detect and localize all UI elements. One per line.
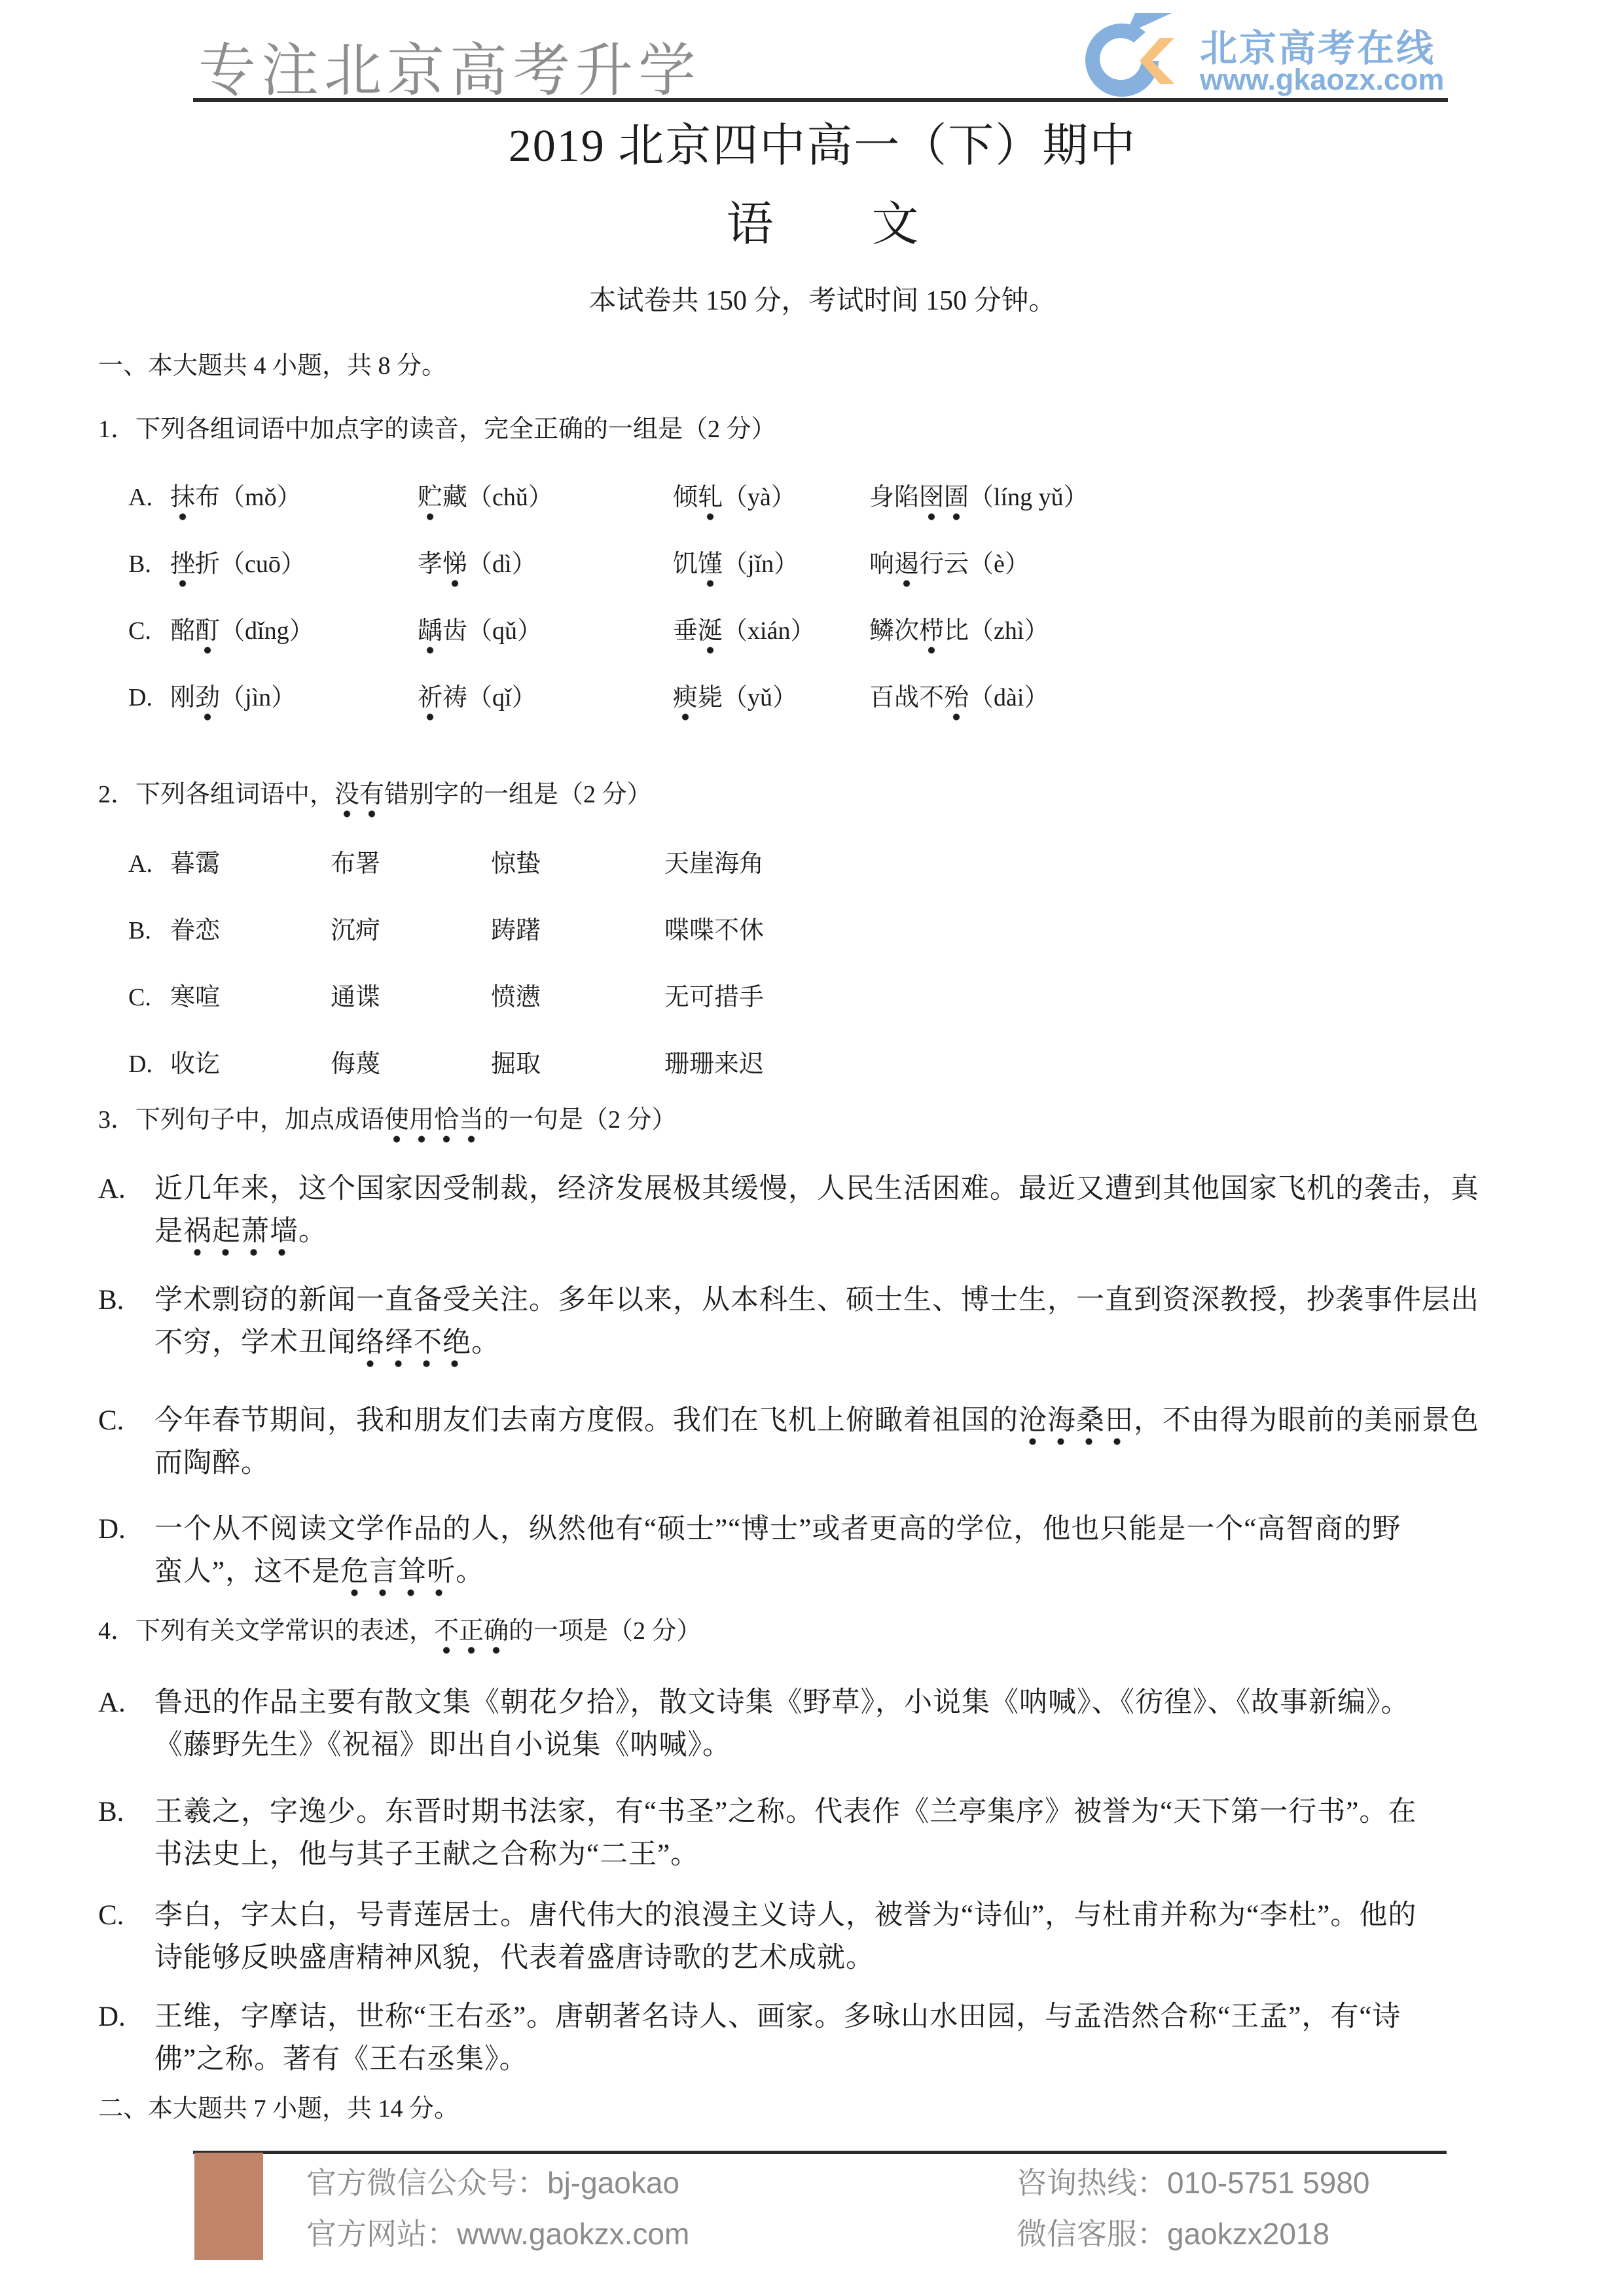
q3-stem: 3．下列句子中，加点成语使用恰当的一句是（2 分） bbox=[98, 1105, 1547, 1135]
option-text-line: 学术剽窃的新闻一直备受关注。多年以来，从本科生、硕士生、博士生，一直到资深教授，… bbox=[154, 1285, 1479, 1316]
word-item: 寒喧 bbox=[170, 982, 331, 1013]
option-label: C. bbox=[98, 1894, 154, 1937]
option-text-line: 李白，字太白，号青莲居士。唐代伟大的浪漫主义诗人，被誉为“诗仙”，与杜甫并称为“… bbox=[154, 1900, 1416, 1931]
q2-stem: 2．下列各组词语中，没有错别字的一组是（2 分） bbox=[98, 780, 1547, 810]
word-item: 身陷囹圄（líng yǔ） bbox=[869, 482, 1089, 512]
option-label: C. bbox=[128, 616, 170, 646]
q1-stem: 1．下列各组词语中加点字的读音，完全正确的一组是（2 分） bbox=[98, 414, 1547, 444]
option-text-line: 蛮人”，这不是危言耸听。 bbox=[154, 1556, 484, 1597]
header-divider bbox=[193, 98, 1448, 102]
footer-accent-square bbox=[194, 2153, 263, 2260]
word-item: 眷恋 bbox=[170, 916, 331, 946]
q1-row-d: D. 刚劲（jìn） 祈祷（qǐ） 瘐毙（yǔ） 百战不殆（dài） bbox=[128, 683, 1547, 713]
paper-title: 2019 北京四中高一（下）期中 bbox=[98, 117, 1547, 177]
option-text-line: 佛”之称。著有《王右丞集》。 bbox=[154, 2044, 528, 2075]
word-item: 刚劲（jìn） bbox=[170, 683, 418, 713]
option-label: D. bbox=[98, 1508, 154, 1551]
logo-site-text: www.gkaozx.com bbox=[1200, 63, 1444, 97]
header-slogan: 专注北京高考升学 bbox=[198, 25, 701, 107]
word-item: 抹布（mǒ） bbox=[170, 482, 418, 512]
option-text-line: 一个从不阅读文学作品的人，纵然他有“硕士”“博士”或者更高的学位，他也只能是一个… bbox=[154, 1514, 1401, 1545]
q4-option-c: C.李白，字太白，号青莲居士。唐代伟大的浪漫主义诗人，被誉为“诗仙”，与杜甫并称… bbox=[98, 1894, 1547, 1979]
q1-row-a: A. 抹布（mǒ） 贮藏（chǔ） 倾轧（yà） 身陷囹圄（líng yǔ） bbox=[128, 482, 1547, 512]
option-text-line: 《藤野先生》《祝福》即出自小说集《呐喊》。 bbox=[154, 1730, 731, 1761]
q2-options: A. 暮霭 布署 惊蛰 天崖海角 B. 眷恋 沉疴 踌躇 喋喋不休 C. 寒喧 … bbox=[98, 849, 1547, 1079]
footer-divider bbox=[193, 2151, 1447, 2154]
word-item: 喋喋不休 bbox=[664, 916, 764, 946]
section-two-heading: 二、本大题共 7 小题，共 14 分。 bbox=[98, 2094, 1547, 2124]
word-item: 通谍 bbox=[331, 982, 491, 1013]
option-label: A. bbox=[98, 1168, 154, 1210]
option-label: A. bbox=[98, 1681, 154, 1724]
option-label: B. bbox=[128, 549, 170, 579]
option-label: C. bbox=[128, 982, 170, 1013]
subject-char-right: 文 bbox=[872, 193, 919, 256]
footer-wechat-service: 微信客服：gaokzx2018 bbox=[1017, 2208, 1370, 2259]
word-item: 瘐毙（yǔ） bbox=[673, 683, 869, 713]
q1-row-b: B. 挫折（cuō） 孝悌（dì） 饥馑（jǐn） 响遏行云（è） bbox=[128, 549, 1547, 579]
q2-row-b: B. 眷恋 沉疴 踌躇 喋喋不休 bbox=[128, 916, 1547, 946]
option-label: A. bbox=[128, 482, 170, 512]
option-text-line: 书法史上，他与其子王献之合称为“二王”。 bbox=[154, 1839, 699, 1870]
option-text-line: 王羲之，字逸少。东晋时期书法家，有“书圣”之称。代表作《兰亭集序》被誉为“天下第… bbox=[154, 1797, 1416, 1827]
word-item: 贮藏（chǔ） bbox=[418, 482, 673, 512]
footer-left-column: 官方微信公众号：bj-gaokao 官方网站：www.gaokzx.com bbox=[306, 2157, 689, 2259]
q3-option-c: C.今年春节期间，我和朋友们去南方度假。我们在飞机上俯瞰着祖国的沧海桑田，不由得… bbox=[98, 1399, 1547, 1484]
q4-option-b: B.王羲之，字逸少。东晋时期书法家，有“书圣”之称。代表作《兰亭集序》被誉为“天… bbox=[98, 1791, 1547, 1876]
option-text-line: 诗能够反映盛唐精神风貌，代表着盛唐诗歌的艺术成就。 bbox=[154, 1943, 875, 1973]
footer-wechat-account: 官方微信公众号：bj-gaokao bbox=[306, 2157, 689, 2208]
q2-row-c: C. 寒喧 通谍 愤懑 无可措手 bbox=[128, 982, 1547, 1013]
q3-option-a: A.近几年来，这个国家因受制裁，经济发展极其缓慢，人民生活困难。最近又遭到其他国… bbox=[98, 1168, 1547, 1253]
word-item: 祈祷（qǐ） bbox=[418, 683, 673, 713]
option-text-line: 不穷，学术丑闻络绎不绝。 bbox=[154, 1327, 500, 1368]
word-item: 沉疴 bbox=[331, 916, 491, 946]
exam-content: 2019 北京四中高一（下）期中 语 文 本试卷共 150 分，考试时间 150… bbox=[0, 103, 1624, 2124]
footer-right-column: 咨询热线：010-5751 5980 微信客服：gaokzx2018 bbox=[1017, 2157, 1370, 2259]
q3-option-d: D.一个从不阅读文学作品的人，纵然他有“硕士”“博士”或者更高的学位，他也只能是… bbox=[98, 1508, 1547, 1593]
word-item: 孝悌（dì） bbox=[418, 549, 673, 579]
option-label: A. bbox=[128, 849, 170, 879]
q1-options: A. 抹布（mǒ） 贮藏（chǔ） 倾轧（yà） 身陷囹圄（líng yǔ） B… bbox=[98, 482, 1547, 713]
word-item: 无可措手 bbox=[664, 982, 764, 1013]
word-item: 踌躇 bbox=[491, 916, 664, 946]
option-label: C. bbox=[98, 1399, 154, 1442]
word-item: 布署 bbox=[331, 849, 491, 879]
option-text-line: 今年春节期间，我和朋友们去南方度假。我们在飞机上俯瞰着祖国的沧海桑田，不由得为眼… bbox=[154, 1405, 1479, 1446]
word-item: 掘取 bbox=[491, 1049, 664, 1079]
word-item: 侮蔑 bbox=[331, 1049, 491, 1079]
word-item: 百战不殆（dài） bbox=[869, 683, 1049, 713]
option-label: B. bbox=[98, 1791, 154, 1833]
option-label: B. bbox=[128, 916, 170, 946]
option-text-line: 是祸起萧墙。 bbox=[154, 1216, 327, 1257]
word-item: 暮霭 bbox=[170, 849, 331, 879]
word-item: 鳞次栉比（zhì） bbox=[869, 616, 1049, 646]
word-item: 惊蛰 bbox=[491, 849, 664, 879]
word-item: 龋齿（qǔ） bbox=[418, 616, 673, 646]
option-label: D. bbox=[128, 683, 170, 713]
q4-stem: 4．下列有关文学常识的表述，不正确的一项是（2 分） bbox=[98, 1616, 1547, 1646]
word-item: 收讫 bbox=[170, 1049, 331, 1079]
option-text-line: 鲁迅的作品主要有散文集《朝花夕拾》，散文诗集《野草》，小说集《呐喊》、《彷徨》、… bbox=[154, 1687, 1410, 1718]
q3-option-b: B.学术剽窃的新闻一直备受关注。多年以来，从本科生、硕士生、博士生，一直到资深教… bbox=[98, 1279, 1547, 1364]
word-item: 倾轧（yà） bbox=[673, 482, 869, 512]
q4-option-d: D.王维，字摩诘，世称“王右丞”。唐朝著名诗人、画家。多咏山水田园，与孟浩然合称… bbox=[98, 1996, 1547, 2081]
word-item: 挫折（cuō） bbox=[170, 549, 418, 579]
subject-char-left: 语 bbox=[726, 193, 773, 256]
word-item: 饥馑（jǐn） bbox=[673, 549, 869, 579]
paper-subject: 语 文 bbox=[98, 193, 1547, 256]
word-item: 天崖海角 bbox=[664, 849, 764, 879]
section-one-heading: 一、本大题共 4 小题，共 8 分。 bbox=[98, 351, 1547, 381]
word-item: 响遏行云（è） bbox=[869, 549, 1030, 579]
exam-note: 本试卷共 150 分，考试时间 150 分钟。 bbox=[98, 286, 1547, 316]
word-item: 垂涎（xián） bbox=[673, 616, 869, 646]
footer-website: 官方网站：www.gaokzx.com bbox=[306, 2208, 689, 2259]
option-text-line: 王维，字摩诘，世称“王右丞”。唐朝著名诗人、画家。多咏山水田园，与孟浩然合称“王… bbox=[154, 2001, 1401, 2032]
q1-row-c: C. 酩酊（dǐng） 龋齿（qǔ） 垂涎（xián） 鳞次栉比（zhì） bbox=[128, 616, 1547, 646]
option-label: B. bbox=[98, 1279, 154, 1321]
option-label: D. bbox=[98, 1996, 154, 2038]
gk-logo-icon bbox=[1072, 10, 1190, 101]
q2-row-a: A. 暮霭 布署 惊蛰 天崖海角 bbox=[128, 849, 1547, 879]
option-text-line: 而陶醉。 bbox=[154, 1448, 270, 1479]
word-item: 愤懑 bbox=[491, 982, 664, 1013]
option-label: D. bbox=[128, 1049, 170, 1079]
word-item: 珊珊来迟 bbox=[664, 1049, 764, 1079]
exam-paper-page: 专注北京高考升学 北京高考在线 www.gkaozx.com 2019 北京四中… bbox=[0, 0, 1624, 2296]
word-item: 酩酊（dǐng） bbox=[170, 616, 418, 646]
q4-option-a: A.鲁迅的作品主要有散文集《朝花夕拾》，散文诗集《野草》，小说集《呐喊》、《彷徨… bbox=[98, 1681, 1547, 1767]
q2-row-d: D. 收讫 侮蔑 掘取 珊珊来迟 bbox=[128, 1049, 1547, 1079]
option-text-line: 近几年来，这个国家因受制裁，经济发展极其缓慢，人民生活困难。最近又遭到其他国家飞… bbox=[154, 1174, 1479, 1204]
footer-hotline: 咨询热线：010-5751 5980 bbox=[1017, 2157, 1370, 2208]
